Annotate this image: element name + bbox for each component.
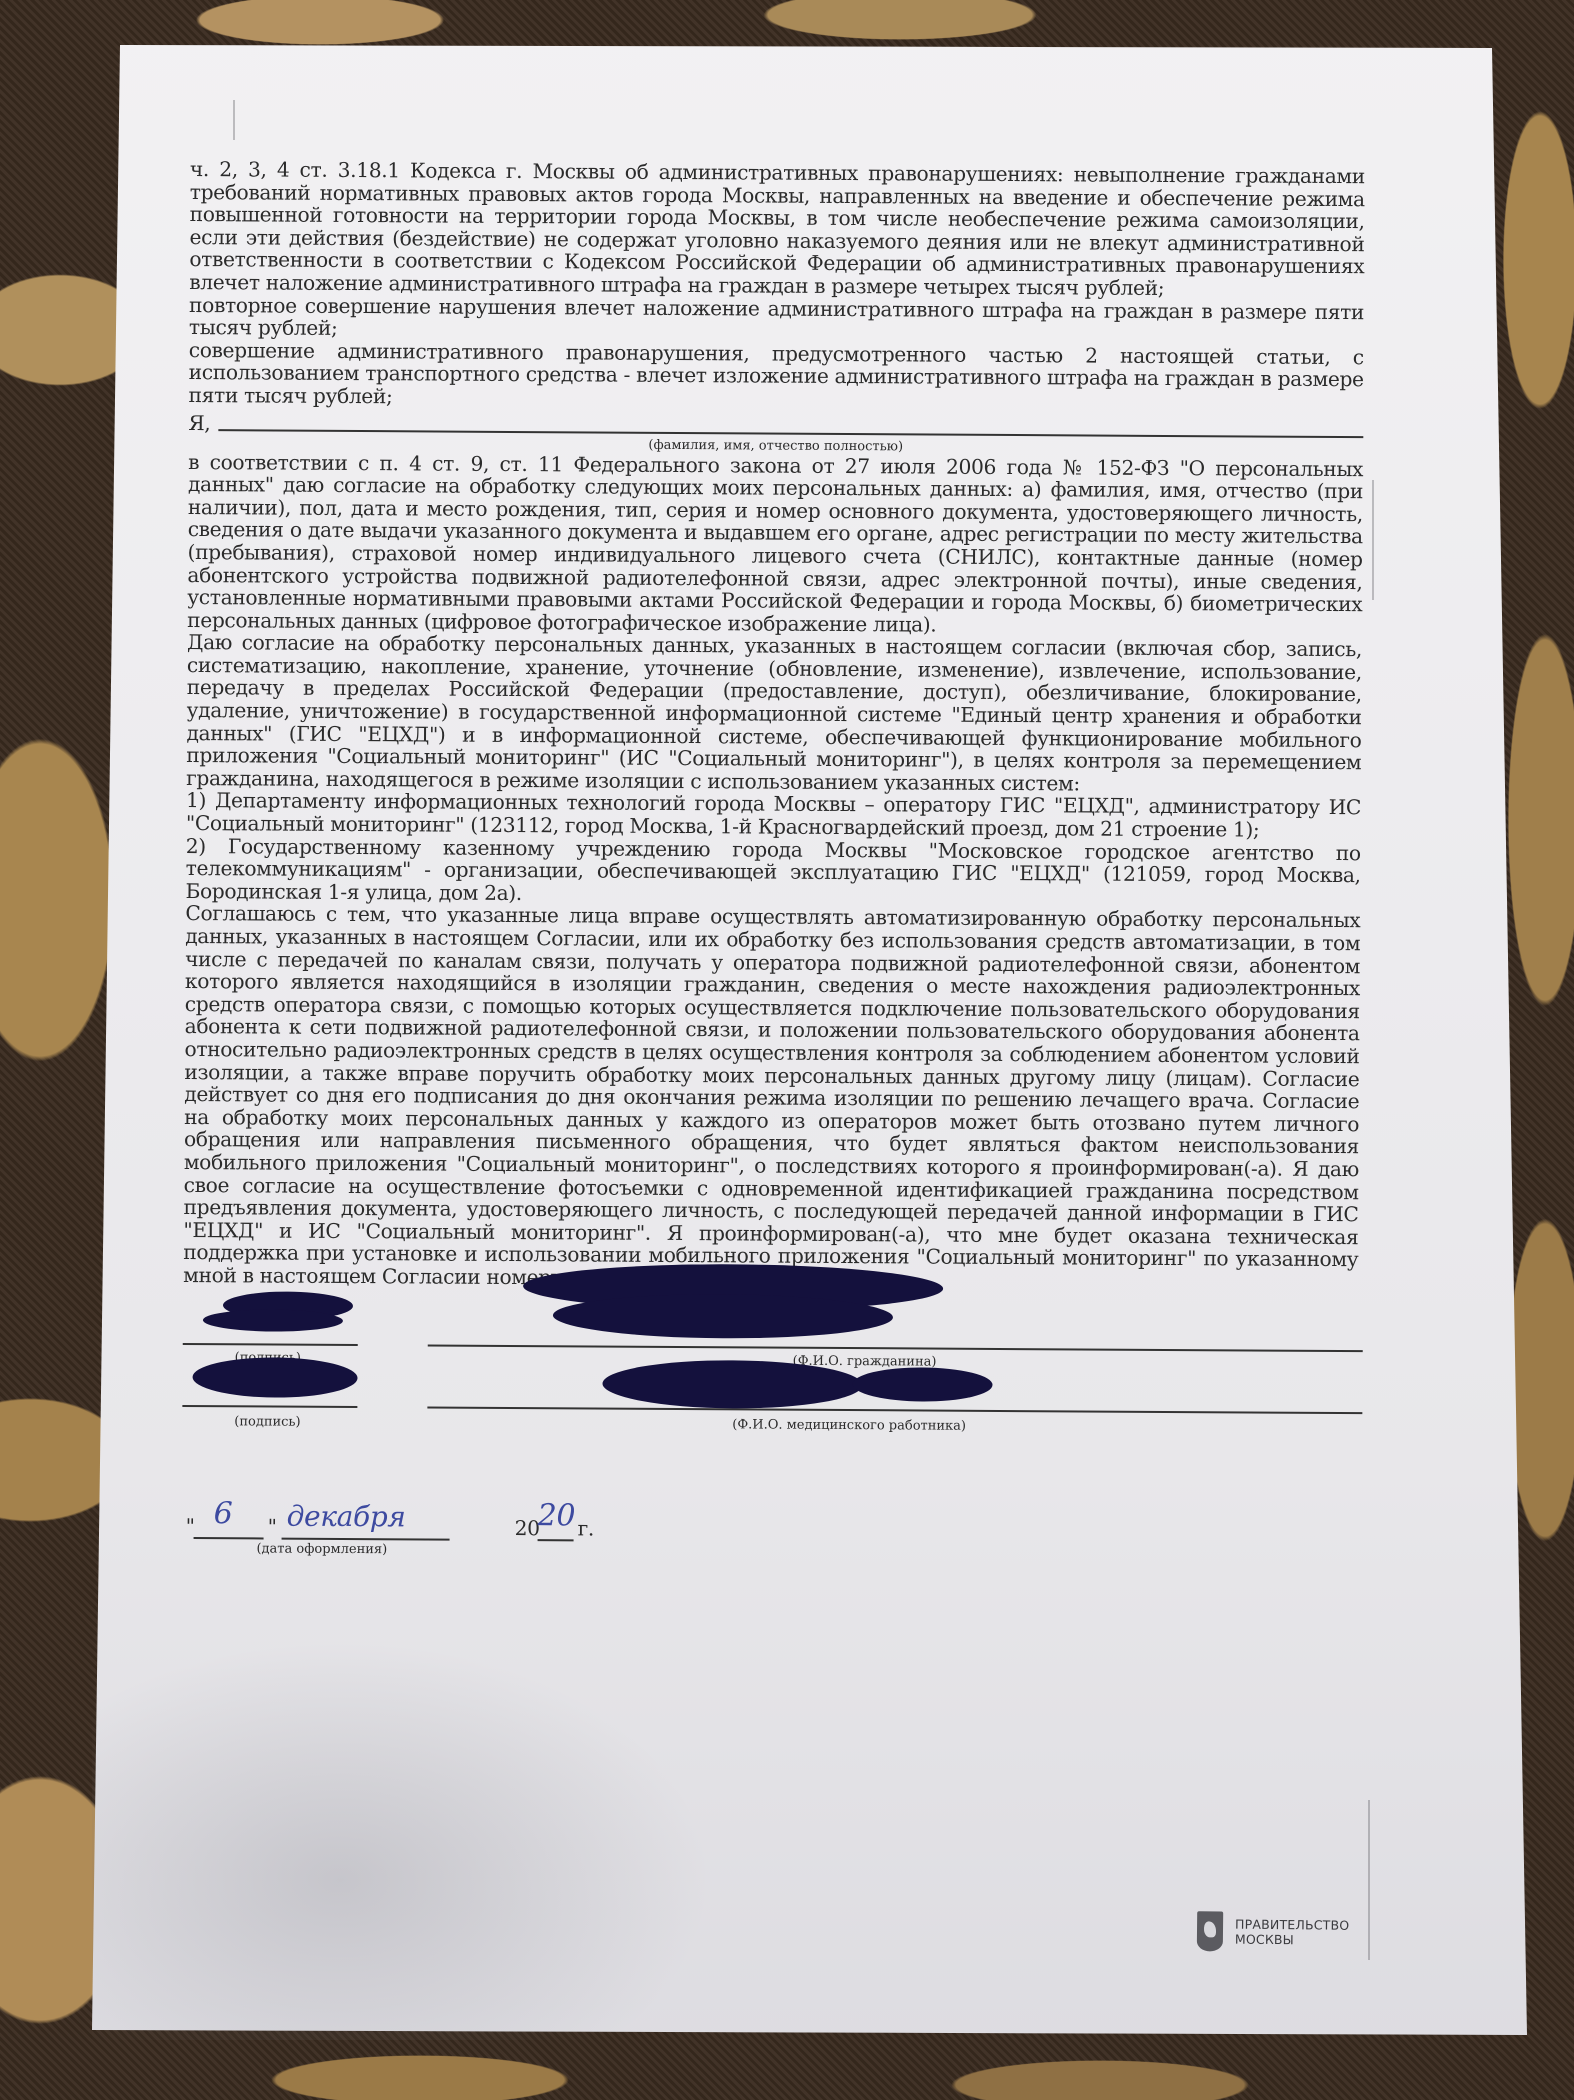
date-month-handwritten[interactable]: декабря: [287, 1505, 406, 1528]
moscow-coat-of-arms-icon: [1197, 1911, 1223, 1951]
date-day-line[interactable]: [194, 1537, 264, 1539]
date-year-line[interactable]: [538, 1539, 574, 1541]
consent-paragraph: 2) Государственному казенному учреждению…: [185, 835, 1360, 910]
date-caption: (дата оформления): [256, 1541, 387, 1558]
date-field: " 6 " декабря 20 20 г. (дата оформления): [181, 1506, 1356, 1583]
logo-line-1: ПРАВИТЕЛЬСТВО: [1235, 1917, 1349, 1933]
medic-name-line[interactable]: [427, 1406, 1362, 1414]
consent-paragraph: в соответствии с п. 4 ст. 9, ст. 11 Феде…: [187, 451, 1363, 639]
redaction-mark: [203, 1309, 343, 1332]
intro-paragraph: повторное совершение нарушения влечет на…: [189, 294, 1364, 346]
date-day-handwritten[interactable]: 6: [214, 1503, 233, 1526]
print-artifact: [1368, 1800, 1370, 1960]
print-artifact: [233, 100, 235, 140]
consent-form: ч. 2, 3, 4 ст. 3.18.1 Кодекса г. Москвы …: [181, 158, 1365, 1584]
ya-label: Я,: [188, 412, 210, 435]
moscow-government-logo: ПРАВИТЕЛЬСТВО МОСКВЫ: [1197, 1911, 1350, 1953]
medic-signature-line[interactable]: [182, 1404, 357, 1407]
consent-paragraph: Даю согласие на обработку персональных д…: [186, 631, 1362, 796]
date-year-unit: г.: [578, 1517, 594, 1540]
intro-paragraph: совершение административного правонаруше…: [188, 339, 1363, 414]
intro-paragraph: ч. 2, 3, 4 ст. 3.18.1 Кодекса г. Москвы …: [189, 158, 1365, 301]
medic-signature-caption: (подпись): [234, 1411, 300, 1434]
citizen-signature-line[interactable]: [183, 1342, 358, 1345]
photo-shadow: [92, 1640, 712, 2040]
print-artifact: [1372, 480, 1374, 600]
date-month-line[interactable]: [282, 1537, 450, 1540]
date-year-handwritten[interactable]: 20: [538, 1505, 576, 1528]
signature-block: (подпись) (Ф.И.О. гражданина) (подпись) …: [182, 1290, 1358, 1497]
medic-name-caption: (Ф.И.О. медицинского работника): [732, 1414, 966, 1438]
redaction-mark: [192, 1357, 357, 1398]
redaction-mark: [852, 1367, 992, 1402]
consent-paragraph: 1) Департаменту информационных технологи…: [186, 789, 1361, 841]
logo-line-2: МОСКВЫ: [1235, 1932, 1349, 1948]
consent-paragraph: Соглашаюсь с тем, что указанные лица впр…: [183, 902, 1360, 1293]
date-year-prefix: 20: [515, 1517, 540, 1540]
